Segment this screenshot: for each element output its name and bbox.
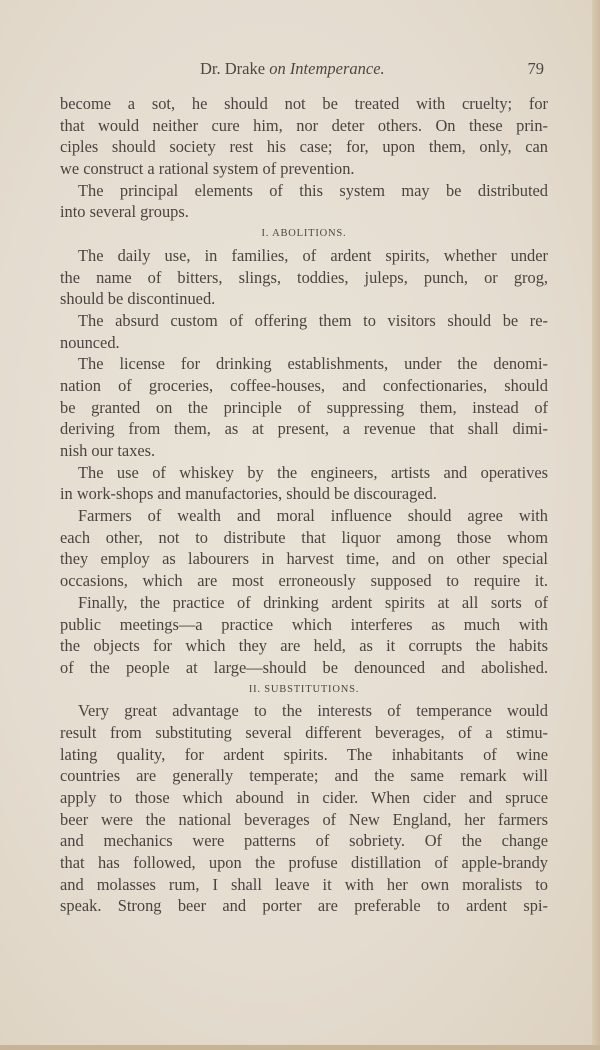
text-line: occasions, which are most erroneously su… — [60, 570, 548, 592]
text-line: The principal elements of this system ma… — [60, 180, 548, 202]
text-line: speak. Strong beer and porter are prefer… — [60, 895, 548, 917]
text-line: each other, not to distribute that liquo… — [60, 527, 548, 549]
text-line: nation of groceries, coffee-houses, and … — [60, 375, 548, 397]
text-line: that has followed, upon the profuse dist… — [60, 852, 548, 874]
text-line: and molasses rum, I shall leave it with … — [60, 874, 548, 896]
text-line: The absurd custom of offering them to vi… — [60, 310, 548, 332]
text-line: The license for drinking establishments,… — [60, 353, 548, 375]
paragraph: Farmers of wealth and moral influence sh… — [60, 505, 548, 592]
page-number: 79 — [528, 59, 545, 79]
text-line: nish our taxes. — [60, 440, 548, 462]
text-line: become a sot, he should not be treated w… — [60, 93, 548, 115]
paragraph: The license for drinking establishments,… — [60, 353, 548, 461]
text-line: countries are generally temperate; and t… — [60, 765, 548, 787]
text-line: be granted on the principle of suppressi… — [60, 397, 548, 419]
text-line: lating quality, for ardent spirits. The … — [60, 744, 548, 766]
text-line: apply to those which abound in cider. Wh… — [60, 787, 548, 809]
text-line: the objects for which they are held, as … — [60, 635, 548, 657]
text-line: The daily use, in families, of ardent sp… — [60, 245, 548, 267]
running-title: Dr. Drake on Intemperance. — [200, 59, 385, 79]
paragraph: become a sot, he should not be treated w… — [60, 93, 548, 180]
paragraph: Finally, the practice of drinking ardent… — [60, 592, 548, 679]
text-line: beer were the national beverages of New … — [60, 809, 548, 831]
text-line: the name of bitters, slings, toddies, ju… — [60, 267, 548, 289]
text-line: into several groups. — [60, 201, 548, 223]
running-head: Dr. Drake on Intemperance. 79 — [60, 59, 548, 81]
text-line: and mechanics were patterns of sobriety.… — [60, 830, 548, 852]
running-head-connector: on — [269, 59, 286, 78]
page-edge-bottom — [0, 1045, 600, 1050]
section-heading-abolitions: I. ABOLITIONS. — [60, 223, 548, 245]
text-line: they employ as labourers in harvest time… — [60, 548, 548, 570]
text-line: result from substituting several differe… — [60, 722, 548, 744]
running-head-subject: Intemperance. — [290, 59, 385, 78]
text-line: nounced. — [60, 332, 548, 354]
text-line: Finally, the practice of drinking ardent… — [60, 592, 548, 614]
text-line: Farmers of wealth and moral influence sh… — [60, 505, 548, 527]
text-line: should be discontinued. — [60, 288, 548, 310]
paragraph: Very great advantage to the interests of… — [60, 700, 548, 917]
text-line: in work-shops and manufactories, should … — [60, 483, 548, 505]
text-line: deriving from them, as at present, a rev… — [60, 418, 548, 440]
page-edge-right — [592, 0, 600, 1050]
text-line: ciples should society rest his case; for… — [60, 136, 548, 158]
paragraph: The principal elements of this system ma… — [60, 180, 548, 223]
running-head-author: Dr. Drake — [200, 59, 265, 78]
text-line: of the people at large—should be denounc… — [60, 657, 548, 679]
section-heading-substitutions: II. SUBSTITUTIONS. — [60, 679, 548, 701]
text-line: The use of whiskey by the engineers, art… — [60, 462, 548, 484]
text-line: we construct a rational system of preven… — [60, 158, 548, 180]
paragraph: The daily use, in families, of ardent sp… — [60, 245, 548, 310]
text-line: public meetings—a practice which interfe… — [60, 614, 548, 636]
text-line: that would neither cure him, nor deter o… — [60, 115, 548, 137]
paragraph: The absurd custom of offering them to vi… — [60, 310, 548, 353]
body-text: become a sot, he should not be treated w… — [60, 93, 548, 917]
paragraph: The use of whiskey by the engineers, art… — [60, 462, 548, 505]
text-line: Very great advantage to the interests of… — [60, 700, 548, 722]
